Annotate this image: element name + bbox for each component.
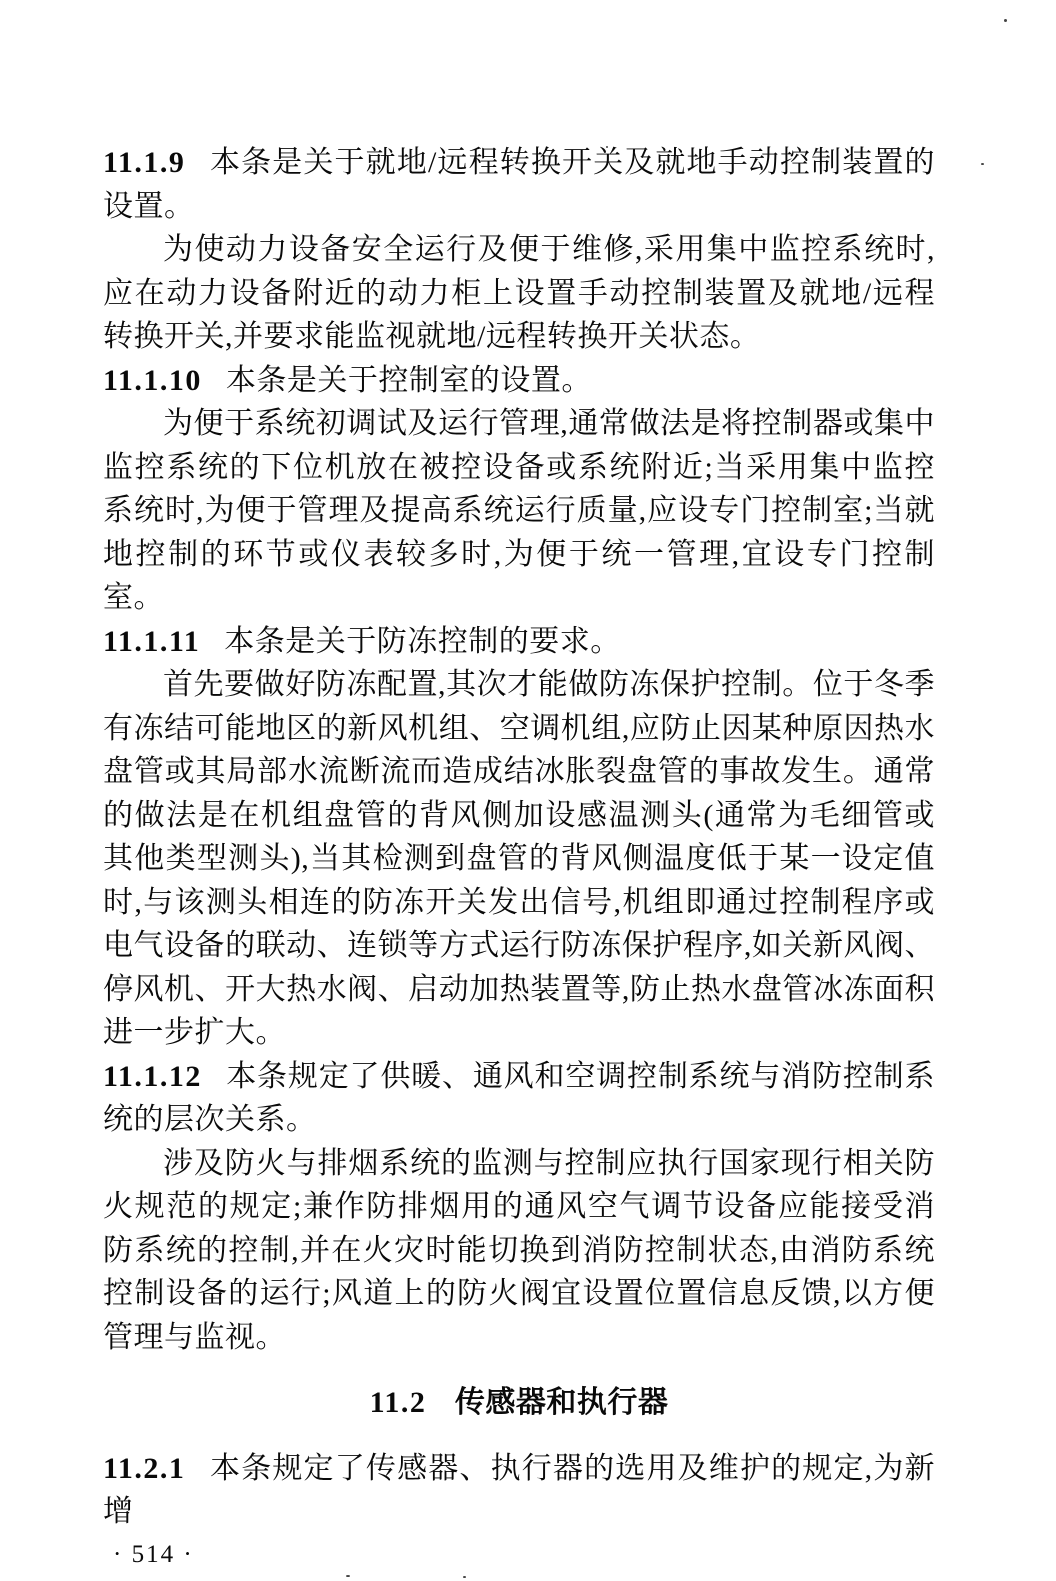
clause-text: 本条是关于就地/远程转换开关及就地手动控制装置的设置。 xyxy=(103,146,935,223)
body-paragraph: 为便于系统初调试及运行管理,通常做法是将控制器或集中监控系统的下位机放在被控设备… xyxy=(103,402,935,620)
clause-text: 本条是关于防冻控制的要求。 xyxy=(224,625,621,658)
section-title: 传感器和执行器 xyxy=(455,1386,669,1419)
clause-text: 本条是关于控制室的设置。 xyxy=(226,364,592,397)
clause-text: 本条规定了供暖、通风和空调控制系统与消防控制系统的层次关系。 xyxy=(103,1060,935,1137)
section-heading-11-2: 11.2传感器和执行器 xyxy=(103,1381,935,1425)
scan-speck xyxy=(981,163,984,165)
page-number: · 514 · xyxy=(103,1540,935,1570)
clause-number: 11.1.11 xyxy=(103,625,200,658)
section-number: 11.2 xyxy=(370,1386,427,1419)
clause-number: 11.1.10 xyxy=(103,364,202,397)
clause-11-2-1: 11.2.1本条规定了传感器、执行器的选用及维护的规定,为新增 xyxy=(103,1447,935,1534)
scan-speck xyxy=(1004,19,1007,22)
clause-number: 11.2.1 xyxy=(103,1452,185,1485)
body-paragraph: 为使动力设备安全运行及便于维修,采用集中监控系统时,应在动力设备附近的动力柜上设… xyxy=(103,228,935,359)
clause-11-1-9: 11.1.9本条是关于就地/远程转换开关及就地手动控制装置的设置。 xyxy=(103,141,935,228)
clause-number: 11.1.9 xyxy=(103,146,185,179)
clause-11-1-12: 11.1.12本条规定了供暖、通风和空调控制系统与消防控制系统的层次关系。 xyxy=(103,1055,935,1142)
clause-11-1-10: 11.1.10本条是关于控制室的设置。 xyxy=(103,359,935,403)
body-paragraph: 首先要做好防冻配置,其次才能做防冻保护控制。位于冬季有冻结可能地区的新风机组、空… xyxy=(103,663,935,1055)
scan-speck xyxy=(463,1576,466,1578)
clause-text: 本条规定了传感器、执行器的选用及维护的规定,为新增 xyxy=(103,1452,935,1529)
scan-speck xyxy=(606,146,608,148)
clause-11-1-11: 11.1.11本条是关于防冻控制的要求。 xyxy=(103,620,935,664)
clause-number: 11.1.12 xyxy=(103,1060,202,1093)
body-paragraph: 涉及防火与排烟系统的监测与控制应执行国家现行相关防火规范的规定;兼作防排烟用的通… xyxy=(103,1142,935,1360)
scan-speck xyxy=(346,1575,350,1577)
document-page: 11.1.9本条是关于就地/远程转换开关及就地手动控制装置的设置。 为使动力设备… xyxy=(103,141,935,1570)
